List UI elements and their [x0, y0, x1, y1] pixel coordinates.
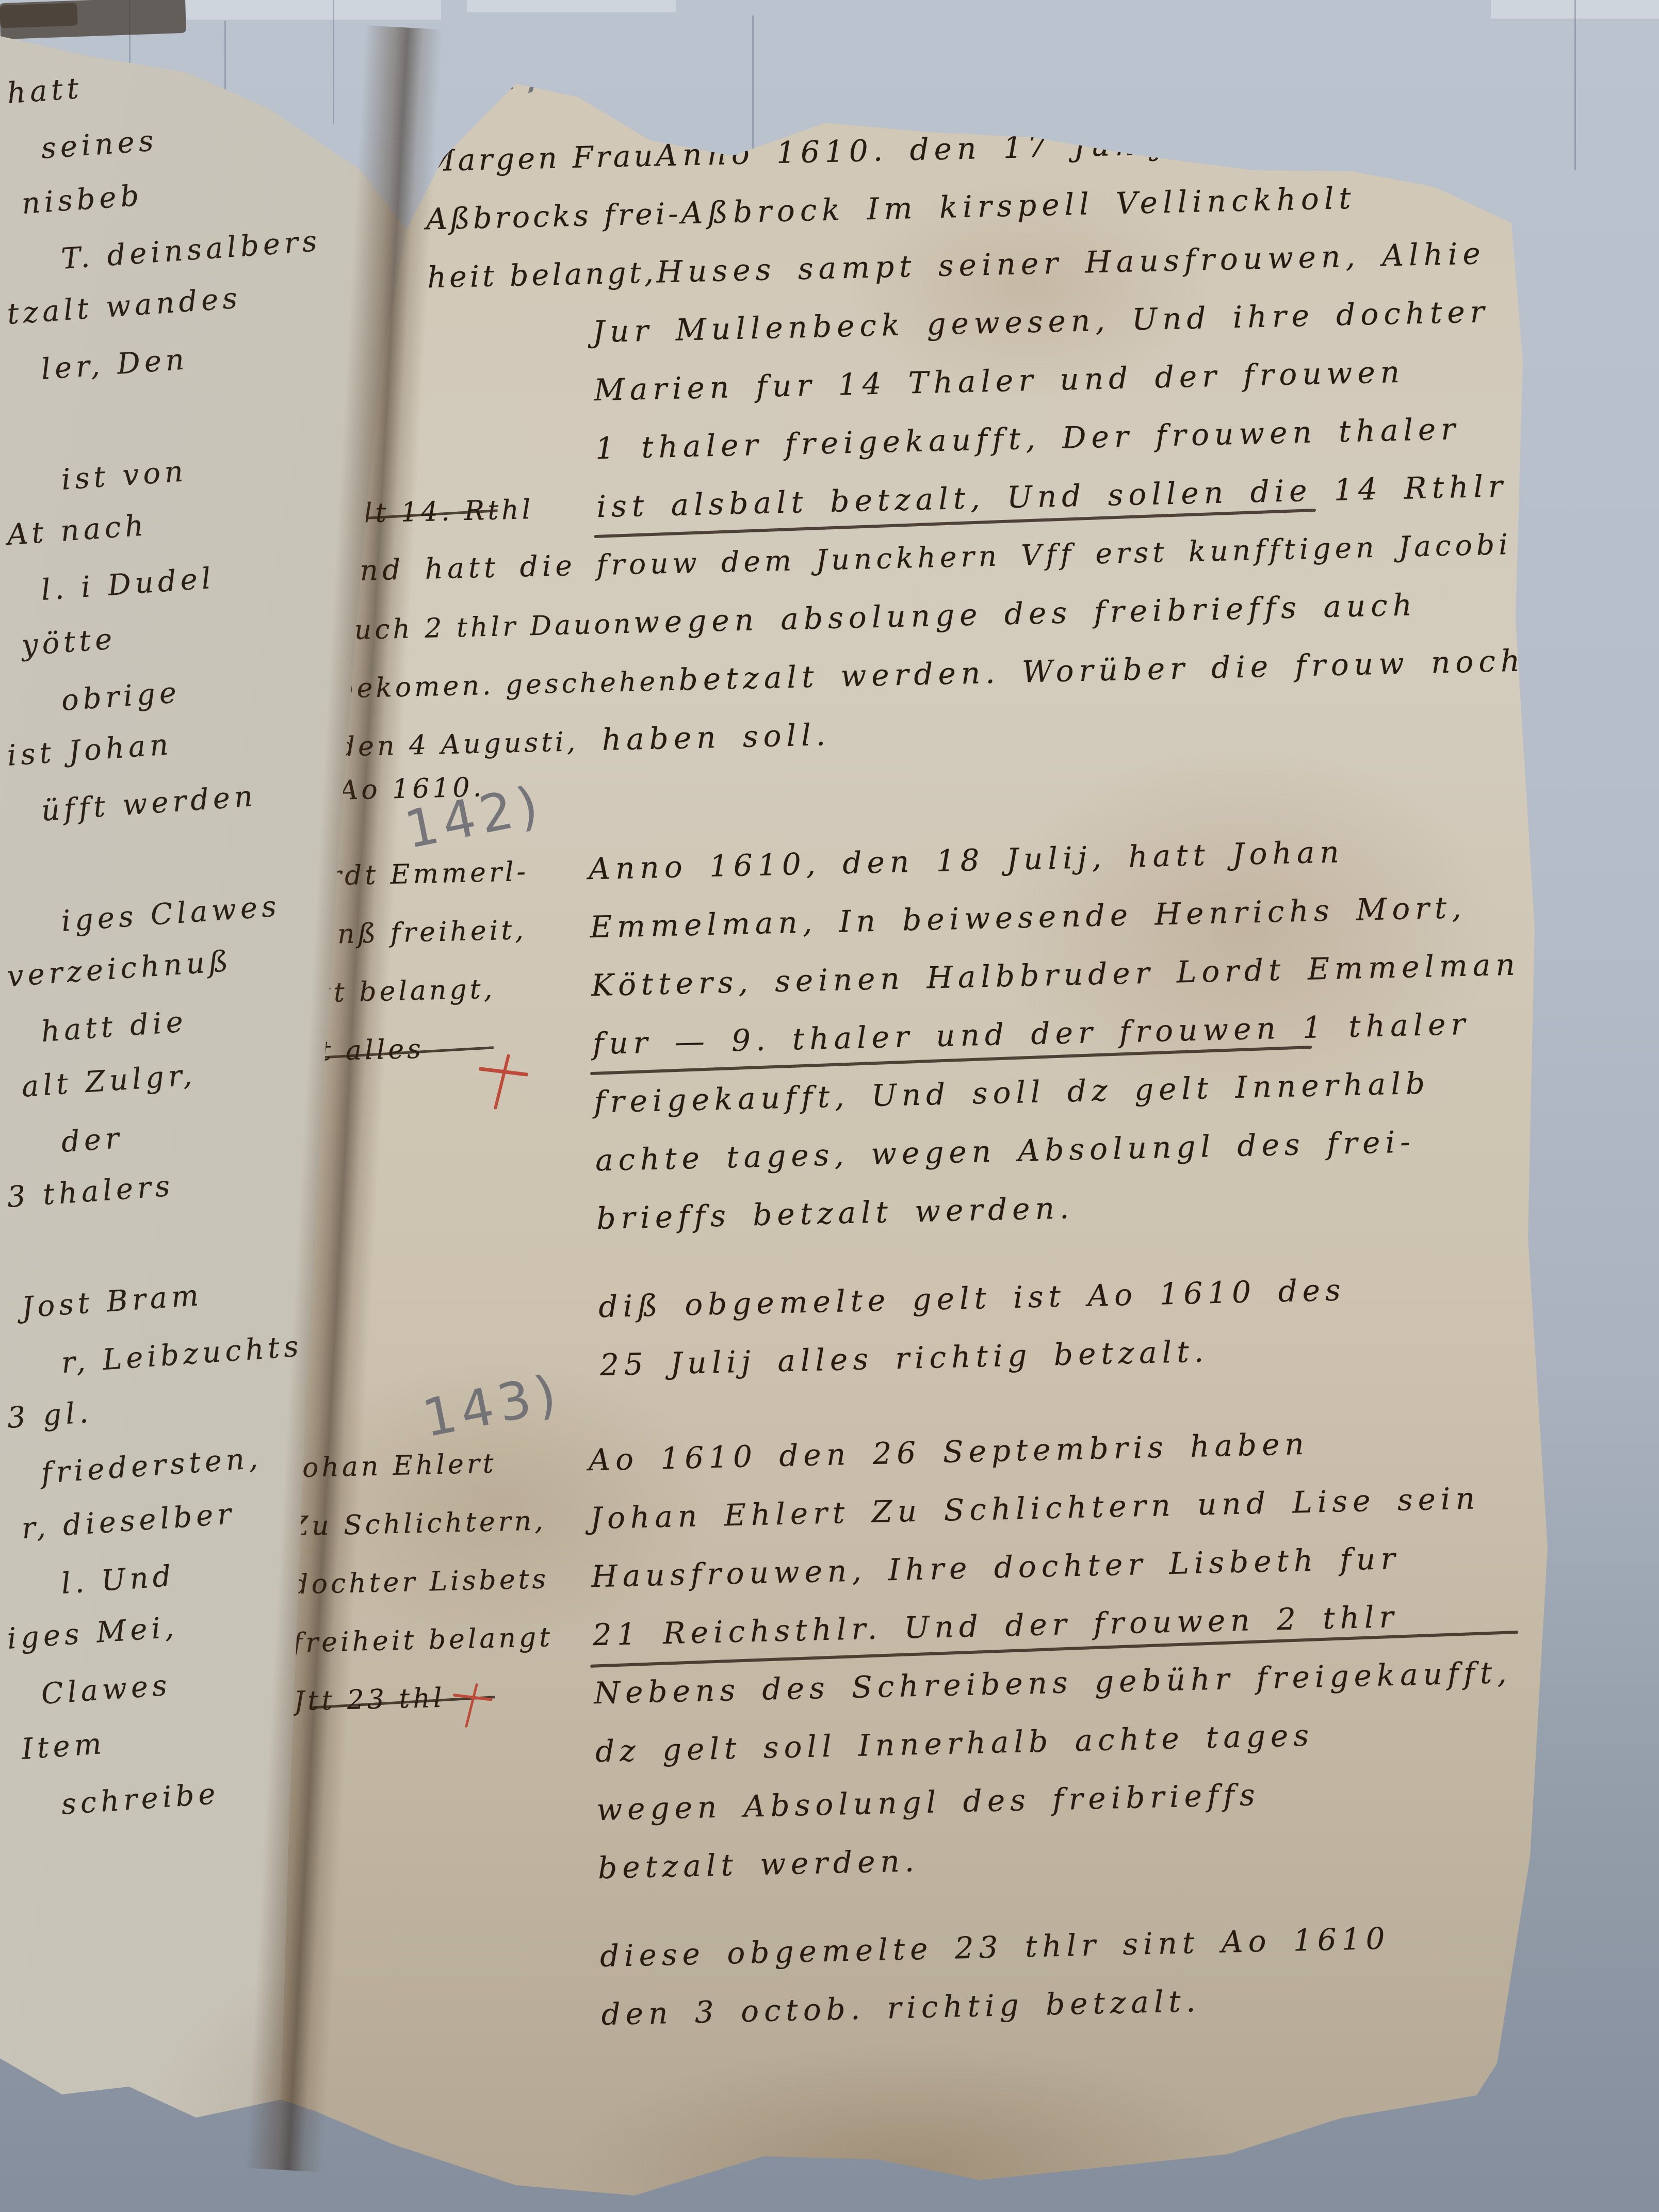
margin-note: [287, 1820, 597, 1827]
margin-note: dochter Lisbets: [282, 1563, 592, 1601]
margin-note: [291, 1966, 600, 1974]
left-page-fragments: hattseinesnisbebT. deinsalberstzalt wand…: [7, 66, 296, 1832]
entry-line: brieffs betzalt werden.: [596, 1179, 1075, 1248]
margin-note: [285, 1112, 594, 1119]
entry-line: haben soll.: [601, 706, 831, 769]
backdrop-seam-line: [333, 0, 334, 124]
margin-note: Johan Ehlert: [279, 1446, 589, 1484]
entry-143: 143) Johan EhlertAo 1610 den 26 Septembr…: [279, 1410, 1554, 2051]
margin-note: [287, 1229, 597, 1236]
margin-note: Jtt alles: [283, 1030, 593, 1068]
margin-note: [286, 1170, 596, 1178]
backdrop-seam-line: [752, 15, 754, 170]
backdrop-paper-edge: [467, 0, 676, 12]
entry-rows: Johan EhlertAo 1610 den 26 Septembris ha…: [279, 1410, 1554, 2051]
margin-note: Zu Schlichtern,: [280, 1504, 590, 1542]
margin-note: freiheit belangt: [283, 1621, 593, 1659]
stacked-page-edge: [0, 3, 78, 28]
margin-note: [292, 2025, 601, 2032]
margin-note: [289, 1878, 598, 1885]
entry-142: 142) Lordt Emmerl-Anno 1610, den 18 Juli…: [279, 819, 1553, 1402]
margin-note: Jtt 23 thl: [284, 1679, 594, 1717]
entry-line: betzalt werden.: [597, 1832, 920, 1897]
entry-rows: Lordt Emmerl-Anno 1610, den 18 Julij, ha…: [279, 819, 1553, 1402]
entry-141: 141) Margen FrauAnno 1610. den 17 Junij …: [279, 107, 1556, 835]
entry-rows: Margen FrauAnno 1610. den 17 Junij hatt …: [279, 107, 1556, 835]
backdrop-paper-edge: [186, 0, 441, 20]
margin-note: [286, 1762, 596, 1769]
margin-note: [289, 1317, 599, 1324]
backdrop-seam-line: [1574, 0, 1576, 170]
